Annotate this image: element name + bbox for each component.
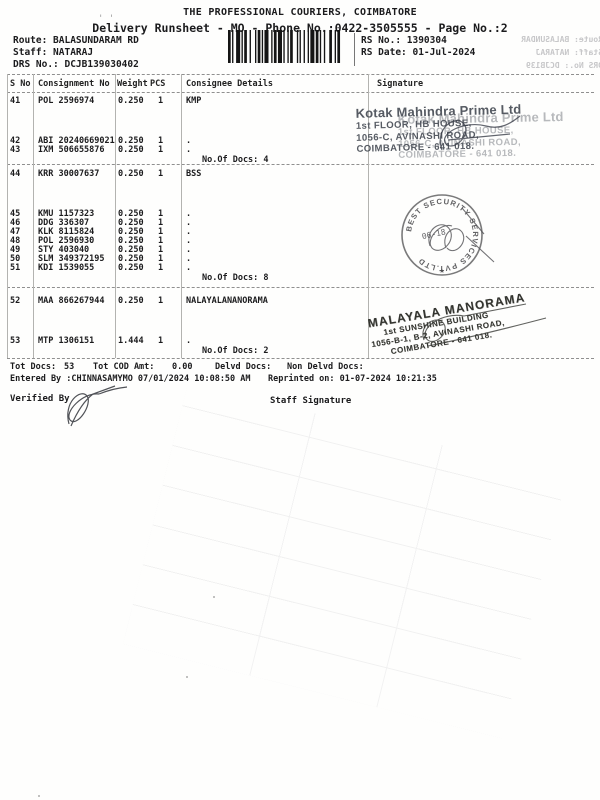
cell-pcs: 1 <box>158 337 163 346</box>
ink-speck <box>186 676 188 678</box>
col-header-consignment: Consignment No <box>38 79 110 89</box>
col-header-pcs: PCS <box>150 79 165 89</box>
cell-weight: 0.250 <box>118 297 144 306</box>
col-header-signature: Signature <box>377 79 423 89</box>
table-rule-header <box>7 92 594 93</box>
manorama-signature <box>408 296 558 356</box>
barcode <box>228 30 354 63</box>
cell-consignee: . <box>186 337 191 346</box>
cell-sno: 44 <box>10 170 20 179</box>
cell-sno: 51 <box>10 264 20 273</box>
cell-sno: 41 <box>10 97 20 106</box>
cell-pcs: 1 <box>158 264 163 273</box>
ink-speck <box>213 596 215 598</box>
cell-consignee: BSS <box>186 170 201 179</box>
cell-consignee: . <box>186 264 191 273</box>
cell-weight: 1.444 <box>118 337 144 346</box>
table-row: 51KDI 15390550.2501. <box>0 264 600 273</box>
col-header-consignee: Consignee Details <box>186 79 273 89</box>
cell-consignment: MAA 866267944 <box>38 297 105 306</box>
cell-sno: 53 <box>10 337 20 346</box>
table-rule-bottom <box>7 358 594 359</box>
runsheet-document: THE PROFESSIONAL COURIERS, COIMBATORE De… <box>0 0 600 800</box>
verified-signature <box>55 382 145 434</box>
staff-signature-label: Staff Signature <box>270 396 351 406</box>
route-line: Route: BALASUNDARAM RD <box>13 35 139 46</box>
bleedthrough-text: Route: BALASUNDARStaff: NATARAJDRS No.: … <box>503 33 600 72</box>
cell-consignee: KMP <box>186 97 201 106</box>
cell-pcs: 1 <box>158 146 163 155</box>
security-round-stamp: BEST SECURITY SERVICES PVT.LTD ★ 06-18 <box>398 192 490 284</box>
bleedthrough-line: Staff: NATARAJ <box>503 46 600 59</box>
col-header-sno: S No <box>10 79 30 89</box>
cell-sno: 52 <box>10 297 20 306</box>
cell-pcs: 1 <box>158 297 163 306</box>
col-header-weight: Weight <box>117 79 148 89</box>
cell-sno: 43 <box>10 146 20 155</box>
cell-weight: 0.250 <box>118 170 144 179</box>
table-rule-top <box>7 74 594 75</box>
staff-line: Staff: NATARAJ <box>13 47 93 58</box>
reprinted-line: Reprinted on: 01-07-2024 10:21:35 <box>268 374 437 384</box>
bleedthrough-line: Route: BALASUNDAR <box>503 33 600 46</box>
tot-docs-value: 53 <box>64 362 74 372</box>
table-rule-group2 <box>7 287 594 288</box>
cell-pcs: 1 <box>158 170 163 179</box>
security-star: ★ <box>439 266 445 276</box>
table-row: 44KRR 300076370.2501BSS <box>0 170 600 179</box>
kotak-signature <box>420 104 530 160</box>
docs-note: No.Of Docs: 2 <box>202 346 269 356</box>
non-delvd-docs-label: Non Delvd Docs: <box>287 362 364 372</box>
cell-consignment: KRR 30007637 <box>38 170 99 179</box>
docs-note: No.Of Docs: 4 <box>202 155 269 165</box>
cell-weight: 0.250 <box>118 264 144 273</box>
cell-consignment: KDI 1539055 <box>38 264 94 273</box>
cell-consignee: NALAYALANANORAMA <box>186 297 268 306</box>
bleedthrough-line: DRS No.: DCJB139 <box>503 59 600 72</box>
ink-speck <box>38 795 40 797</box>
cell-weight: 0.250 <box>118 146 144 155</box>
cell-consignment: POL 2596974 <box>38 97 94 106</box>
cell-consignee: . <box>186 146 191 155</box>
cod-label: Tot COD Amt: <box>93 362 154 372</box>
cell-consignment: IXM 506655876 <box>38 146 105 155</box>
company-title: THE PROFESSIONAL COURIERS, COIMBATORE <box>0 7 600 18</box>
cell-weight: 0.250 <box>118 97 144 106</box>
rs-no-line: RS No.: 1390304 <box>361 35 447 46</box>
delvd-docs-label: Delvd Docs: <box>215 362 271 372</box>
cod-value: 0.00 <box>172 362 192 372</box>
table-rule-group1 <box>7 164 594 165</box>
header-divider <box>354 33 355 66</box>
table-row: 48POL 25969300.2501. <box>0 237 600 246</box>
tot-docs-label: Tot Docs: <box>10 362 56 372</box>
cell-pcs: 1 <box>158 97 163 106</box>
rs-date-line: RS Date: 01-Jul-2024 <box>361 47 475 58</box>
bleedthrough-grid <box>123 382 567 738</box>
cell-consignment: MTP 1306151 <box>38 337 94 346</box>
drs-line: DRS No.: DCJB139030402 <box>13 59 139 70</box>
table-row: 45KMU 11573230.2501. <box>0 210 600 219</box>
ink-marks: ' ' <box>98 14 114 24</box>
docs-note: No.Of Docs: 8 <box>202 273 269 283</box>
